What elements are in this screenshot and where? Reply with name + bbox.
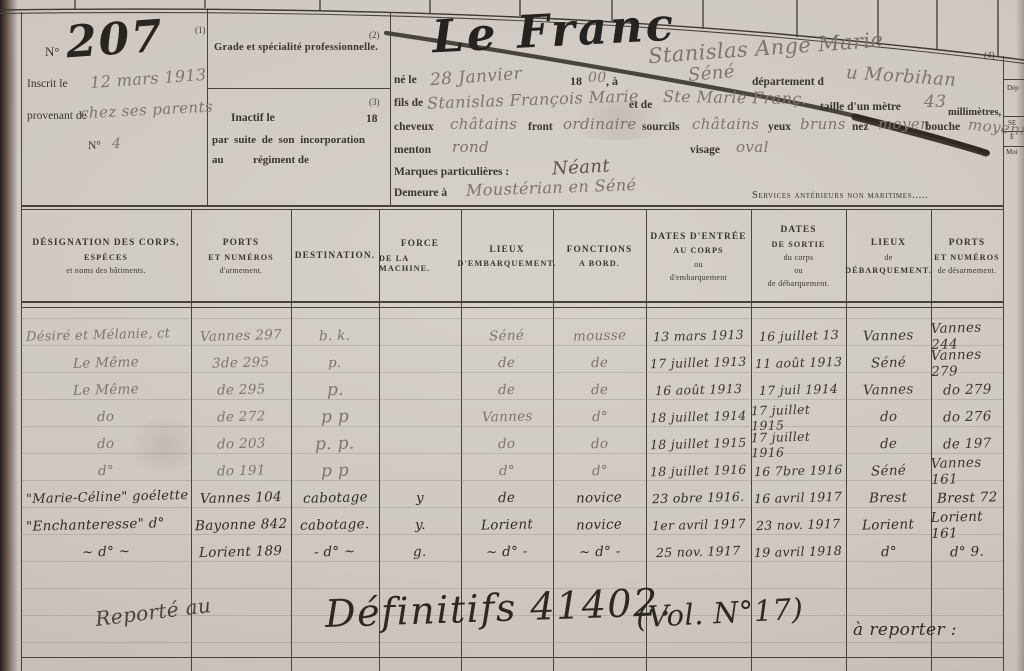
table-cell: mousse — [553, 322, 646, 349]
nez-value: moyen — [878, 115, 930, 133]
table-cell: 23 obre 1916. — [646, 484, 751, 511]
column-header-line: ESPÈCES — [84, 253, 128, 263]
column-header-line: ou — [794, 266, 803, 276]
table-cell: de — [461, 484, 553, 511]
table-cell: 23 nov. 1917 — [751, 511, 846, 538]
table-cell — [379, 403, 461, 430]
front-label: front — [528, 121, 553, 133]
table-cell: Désiré et Mélanie, ct — [21, 322, 191, 349]
departement-value: u Morbihan — [845, 62, 957, 91]
table-cell: novice — [553, 511, 646, 538]
table-cell: p. — [291, 349, 379, 376]
table-cell: p p — [291, 403, 379, 430]
table-cell: do 191 — [191, 457, 291, 484]
table-cell: 16 7bre 1916 — [751, 457, 846, 484]
table-cell: novice — [553, 484, 646, 511]
table-cell: d° — [846, 538, 931, 565]
table-top-rule-2 — [21, 209, 1003, 210]
table-cell: Séné — [846, 457, 931, 484]
scanned-register-page: Dép SE E Moi N° 207 (1) Inscrit le 12 ma… — [0, 0, 1024, 671]
footnote-marker-4: (4) — [984, 50, 995, 60]
table-cell: 16 juillet 13 — [751, 322, 846, 349]
column-header-line: et noms des bâtiments. — [66, 266, 145, 276]
table-cell: p. — [291, 376, 379, 403]
table-cell: Vannes 244 — [931, 322, 1003, 349]
table-cell: 16 août 1913 — [646, 376, 751, 403]
birth-year-printed: 18 — [570, 74, 582, 89]
table-header-bottom-rule-1 — [21, 301, 1003, 303]
table-cell: de — [553, 376, 646, 403]
column-header-dates-sortie: DATESDE SORTIEdu corpsoude débarquement. — [751, 213, 846, 301]
inactif-year: 18 — [366, 113, 378, 125]
table-cell: 25 nov. 1917 — [646, 538, 751, 565]
table-cell: 16 avril 1917 — [751, 484, 846, 511]
visage-value: oval — [736, 138, 769, 156]
column-header-line: LIEUX — [489, 245, 524, 257]
table-cell: Vannes 104 — [191, 484, 291, 511]
page-right-edge-shadow — [1016, 0, 1024, 671]
table-cell — [379, 430, 461, 457]
bouche-label: bouche — [925, 121, 960, 133]
column-header-line: DÉSIGNATION DES CORPS, — [32, 238, 179, 250]
table-cell: p p — [291, 457, 379, 484]
table-cell: p. p. — [291, 430, 379, 457]
table-cell — [379, 376, 461, 403]
column-header-line: DÉBARQUEMENT. — [845, 266, 932, 276]
table-cell: b. k. — [291, 322, 379, 349]
table-cell: do 276 — [931, 403, 1003, 430]
table-cell: 18 juillet 1915 — [646, 430, 751, 457]
birth-year-hand: 00 — [588, 70, 607, 86]
table-cell: Le Même — [21, 376, 191, 403]
inactif-au: au — [212, 154, 224, 166]
fils-de-label: fils de — [394, 97, 423, 109]
table-cell — [379, 457, 461, 484]
column-header-designation: DÉSIGNATION DES CORPS,ESPÈCESet noms des… — [21, 213, 191, 301]
record-number: 207 — [64, 11, 165, 69]
table-row: Le Même3de 295p.dede17 juillet 191311 ao… — [21, 349, 1003, 376]
margin-fragment: Moi — [1006, 148, 1018, 156]
table-cell: Lorient — [461, 511, 553, 538]
column-header-lieux-embarquement: LIEUXD'EMBARQUEMENT. — [461, 213, 553, 301]
table-cell: ~ d° - — [553, 538, 646, 565]
demeure-label: Demeure à — [394, 187, 447, 199]
column-header-line: DE SORTIE — [772, 240, 826, 250]
table-cell: do — [553, 430, 646, 457]
column-header-ports-desarmement: PORTSET NUMÉROSde désarmement. — [931, 213, 1003, 301]
column-header-line: PORTS — [949, 238, 985, 250]
grade-box-divider — [207, 88, 390, 89]
column-header-line: ET NUMÉROS — [208, 253, 274, 263]
table-cell: de 295 — [191, 376, 291, 403]
mother-name: Ste Marie Franç. — [663, 87, 808, 109]
column-header-line: d'embarquement — [670, 273, 727, 283]
table-cell: do — [461, 430, 553, 457]
table-cell: d° — [461, 457, 553, 484]
table-cell: - d° ~ — [291, 538, 379, 565]
table-cell: y — [379, 484, 461, 511]
inscrit-label: Inscrit le — [27, 78, 68, 90]
birth-date: 28 Janvier — [429, 64, 522, 90]
table-cell: Vannes — [846, 376, 931, 403]
table-cell: de 197 — [931, 430, 1003, 457]
table-cell: Brest 72 — [931, 484, 1003, 511]
table-cell: Lorient 189 — [191, 538, 291, 565]
table-cell: 17 juillet 1916 — [751, 430, 846, 457]
column-header-armement: PORTSET NUMÉROSd'armement. — [191, 213, 291, 301]
demeure-value: Moustérian en Séné — [466, 175, 637, 200]
taille-value: 43 — [924, 92, 946, 112]
table-cell: 17 juillet 1913 — [646, 349, 751, 376]
table-row: "Marie-Céline" goéletteVannes 104cabotag… — [21, 484, 1003, 511]
table-cell: 3de 295 — [191, 349, 291, 376]
secondary-number-value: 4 — [112, 136, 121, 152]
yeux-value: bruns — [800, 115, 846, 133]
table-cell: Vannes 161 — [931, 457, 1003, 484]
margin-line — [1003, 79, 1024, 80]
cheveux-value: châtains — [450, 115, 517, 133]
table-row: Le Mêmede 295p.dede16 août 191317 juil 1… — [21, 376, 1003, 403]
column-header-line: ET NUMÉROS — [934, 253, 1000, 263]
right-frame-line — [1003, 56, 1004, 671]
table-cell: g. — [379, 538, 461, 565]
column-header-line: d'armement. — [220, 266, 263, 276]
column-header-line: AU CORPS — [673, 246, 723, 256]
a-reporter-handwritten: à reporter : — [853, 620, 957, 640]
table-cell: cabotage. — [291, 511, 379, 538]
column-header-line: A BORD. — [579, 259, 620, 269]
column-header-line: DATES D'ENTRÉE — [650, 232, 746, 244]
column-header-line: ou — [694, 260, 703, 270]
marques-label: Marques particulières : — [394, 166, 509, 178]
margin-line — [1003, 146, 1024, 147]
column-header-line: de — [884, 253, 892, 263]
table-cell: 18 juillet 1914 — [646, 403, 751, 430]
table-cell: 11 août 1913 — [751, 349, 846, 376]
table-cell: Vannes — [846, 322, 931, 349]
table-cell: do — [846, 403, 931, 430]
secondary-number-label: N° — [88, 140, 101, 152]
table-row: ~ d° ~Lorient 189- d° ~g.~ d° -~ d° -25 … — [21, 538, 1003, 565]
menton-label: menton — [394, 144, 431, 156]
table-cell: y. — [379, 511, 461, 538]
margin-line — [1003, 116, 1024, 117]
column-header-dates-entree: DATES D'ENTRÉEAU CORPSoud'embarquement — [646, 213, 751, 301]
table-cell: Séné — [846, 349, 931, 376]
inactif-regiment: régiment de — [253, 154, 309, 166]
table-cell: de — [553, 349, 646, 376]
footnote-marker-1: (1) — [195, 25, 206, 35]
table-cell: Lorient — [846, 511, 931, 538]
column-header-line: LIEUX — [871, 238, 906, 250]
table-cell: de 272 — [191, 403, 291, 430]
table-cell: d° — [553, 457, 646, 484]
record-number-label: N° — [45, 44, 60, 60]
provenant-label: provenant de — [27, 110, 87, 122]
yeux-label: yeux — [768, 121, 791, 133]
column-header-line: DE LA MACHINE. — [379, 254, 461, 275]
birth-place: Séné — [687, 61, 735, 86]
table-cell: Vannes 297 — [191, 322, 291, 349]
table-cell: do 279 — [931, 376, 1003, 403]
column-header-line: FONCTIONS — [567, 245, 633, 257]
column-header-destination: DESTINATION. — [291, 213, 379, 301]
table-cell: Brest — [846, 484, 931, 511]
surname-handwritten: Le Franc — [431, 0, 678, 63]
table-cell: Vannes — [461, 403, 553, 430]
table-cell: ~ d° - — [461, 538, 553, 565]
column-header-line: de débarquement. — [768, 279, 830, 289]
column-header-fonctions: FONCTIONSA BORD. — [553, 213, 646, 301]
table-cell: Vannes 279 — [931, 349, 1003, 376]
table-cell: 13 mars 1913 — [646, 322, 751, 349]
table-cell: d° — [553, 403, 646, 430]
table-header-row: DÉSIGNATION DES CORPS,ESPÈCESet noms des… — [21, 213, 1003, 301]
column-header-line: du corps — [784, 253, 814, 263]
column-header-force-machine: FORCEDE LA MACHINE. — [379, 213, 461, 301]
table-cell: d° 9. — [931, 538, 1003, 565]
grade-box-title: Grade et spécialité professionnelle. — [214, 42, 378, 53]
footnote-marker-3: (3) — [369, 97, 380, 107]
table-cell: ~ d° ~ — [21, 538, 191, 565]
provenant-value: chez ses parents — [80, 98, 214, 123]
inscrit-value: 12 mars 1913 — [89, 65, 207, 92]
table-cell: 1er avril 1917 — [646, 511, 751, 538]
sourcils-value: châtains — [692, 115, 759, 133]
table-cell: Bayonne 842 — [191, 511, 291, 538]
menton-value: rond — [452, 138, 489, 156]
table-cell: 18 juillet 1916 — [646, 457, 751, 484]
departement-label: département d — [752, 76, 824, 88]
table-cell: "Marie-Céline" goélette — [21, 484, 191, 511]
cheveux-label: cheveux — [394, 121, 434, 133]
inactif-line2: par suite de son incorporation — [212, 134, 365, 146]
table-cell: 17 juil 1914 — [751, 376, 846, 403]
inactif-label: Inactif le — [231, 112, 275, 124]
book-gutter-shadow — [0, 0, 18, 671]
table-row: "Enchanteresse" d°Bayonne 842cabotage.y.… — [21, 511, 1003, 538]
taille-label: taille d'un mètre — [820, 101, 901, 113]
table-cell: 17 juillet 1915 — [751, 403, 846, 430]
table-cell: Le Même — [21, 349, 191, 376]
column-header-line: DESTINATION. — [295, 251, 376, 263]
table-cell: Séné — [461, 322, 553, 349]
column-header-line: D'EMBARQUEMENT. — [458, 259, 557, 269]
table-cell — [379, 349, 461, 376]
margin-fragment: Dép — [1007, 84, 1019, 92]
nez-label: nez — [852, 121, 869, 133]
column-header-line: PORTS — [223, 238, 259, 250]
column-header-line: FORCE — [401, 239, 439, 251]
table-cell: 19 avril 1918 — [751, 538, 846, 565]
table-cell: de — [846, 430, 931, 457]
table-cell — [379, 322, 461, 349]
table-cell: de — [461, 376, 553, 403]
visage-label: visage — [690, 144, 720, 156]
table-cell: de — [461, 349, 553, 376]
column-header-line: de désarmement. — [938, 266, 997, 276]
table-cell: cabotage — [291, 484, 379, 511]
column-header-line: DATES — [780, 225, 816, 237]
table-row: Désiré et Mélanie, ctVannes 297b. k.Séné… — [21, 322, 1003, 349]
paper-smudge — [560, 100, 680, 140]
table-cell: Lorient 161 — [931, 511, 1003, 538]
table-top-rule-1 — [21, 205, 1003, 207]
header-divider-2 — [390, 12, 391, 205]
ne-le-label: né le — [394, 74, 417, 86]
paper-smudge — [120, 420, 210, 470]
column-header-lieux-debarquement: LIEUXdeDÉBARQUEMENT. — [846, 213, 931, 301]
footnote-marker-2: (2) — [369, 30, 380, 40]
table-cell: "Enchanteresse" d° — [21, 511, 191, 538]
services-anterieurs-label: Services antérieurs non maritimes..... — [752, 190, 928, 201]
table-header-bottom-rule-2 — [21, 307, 1003, 308]
